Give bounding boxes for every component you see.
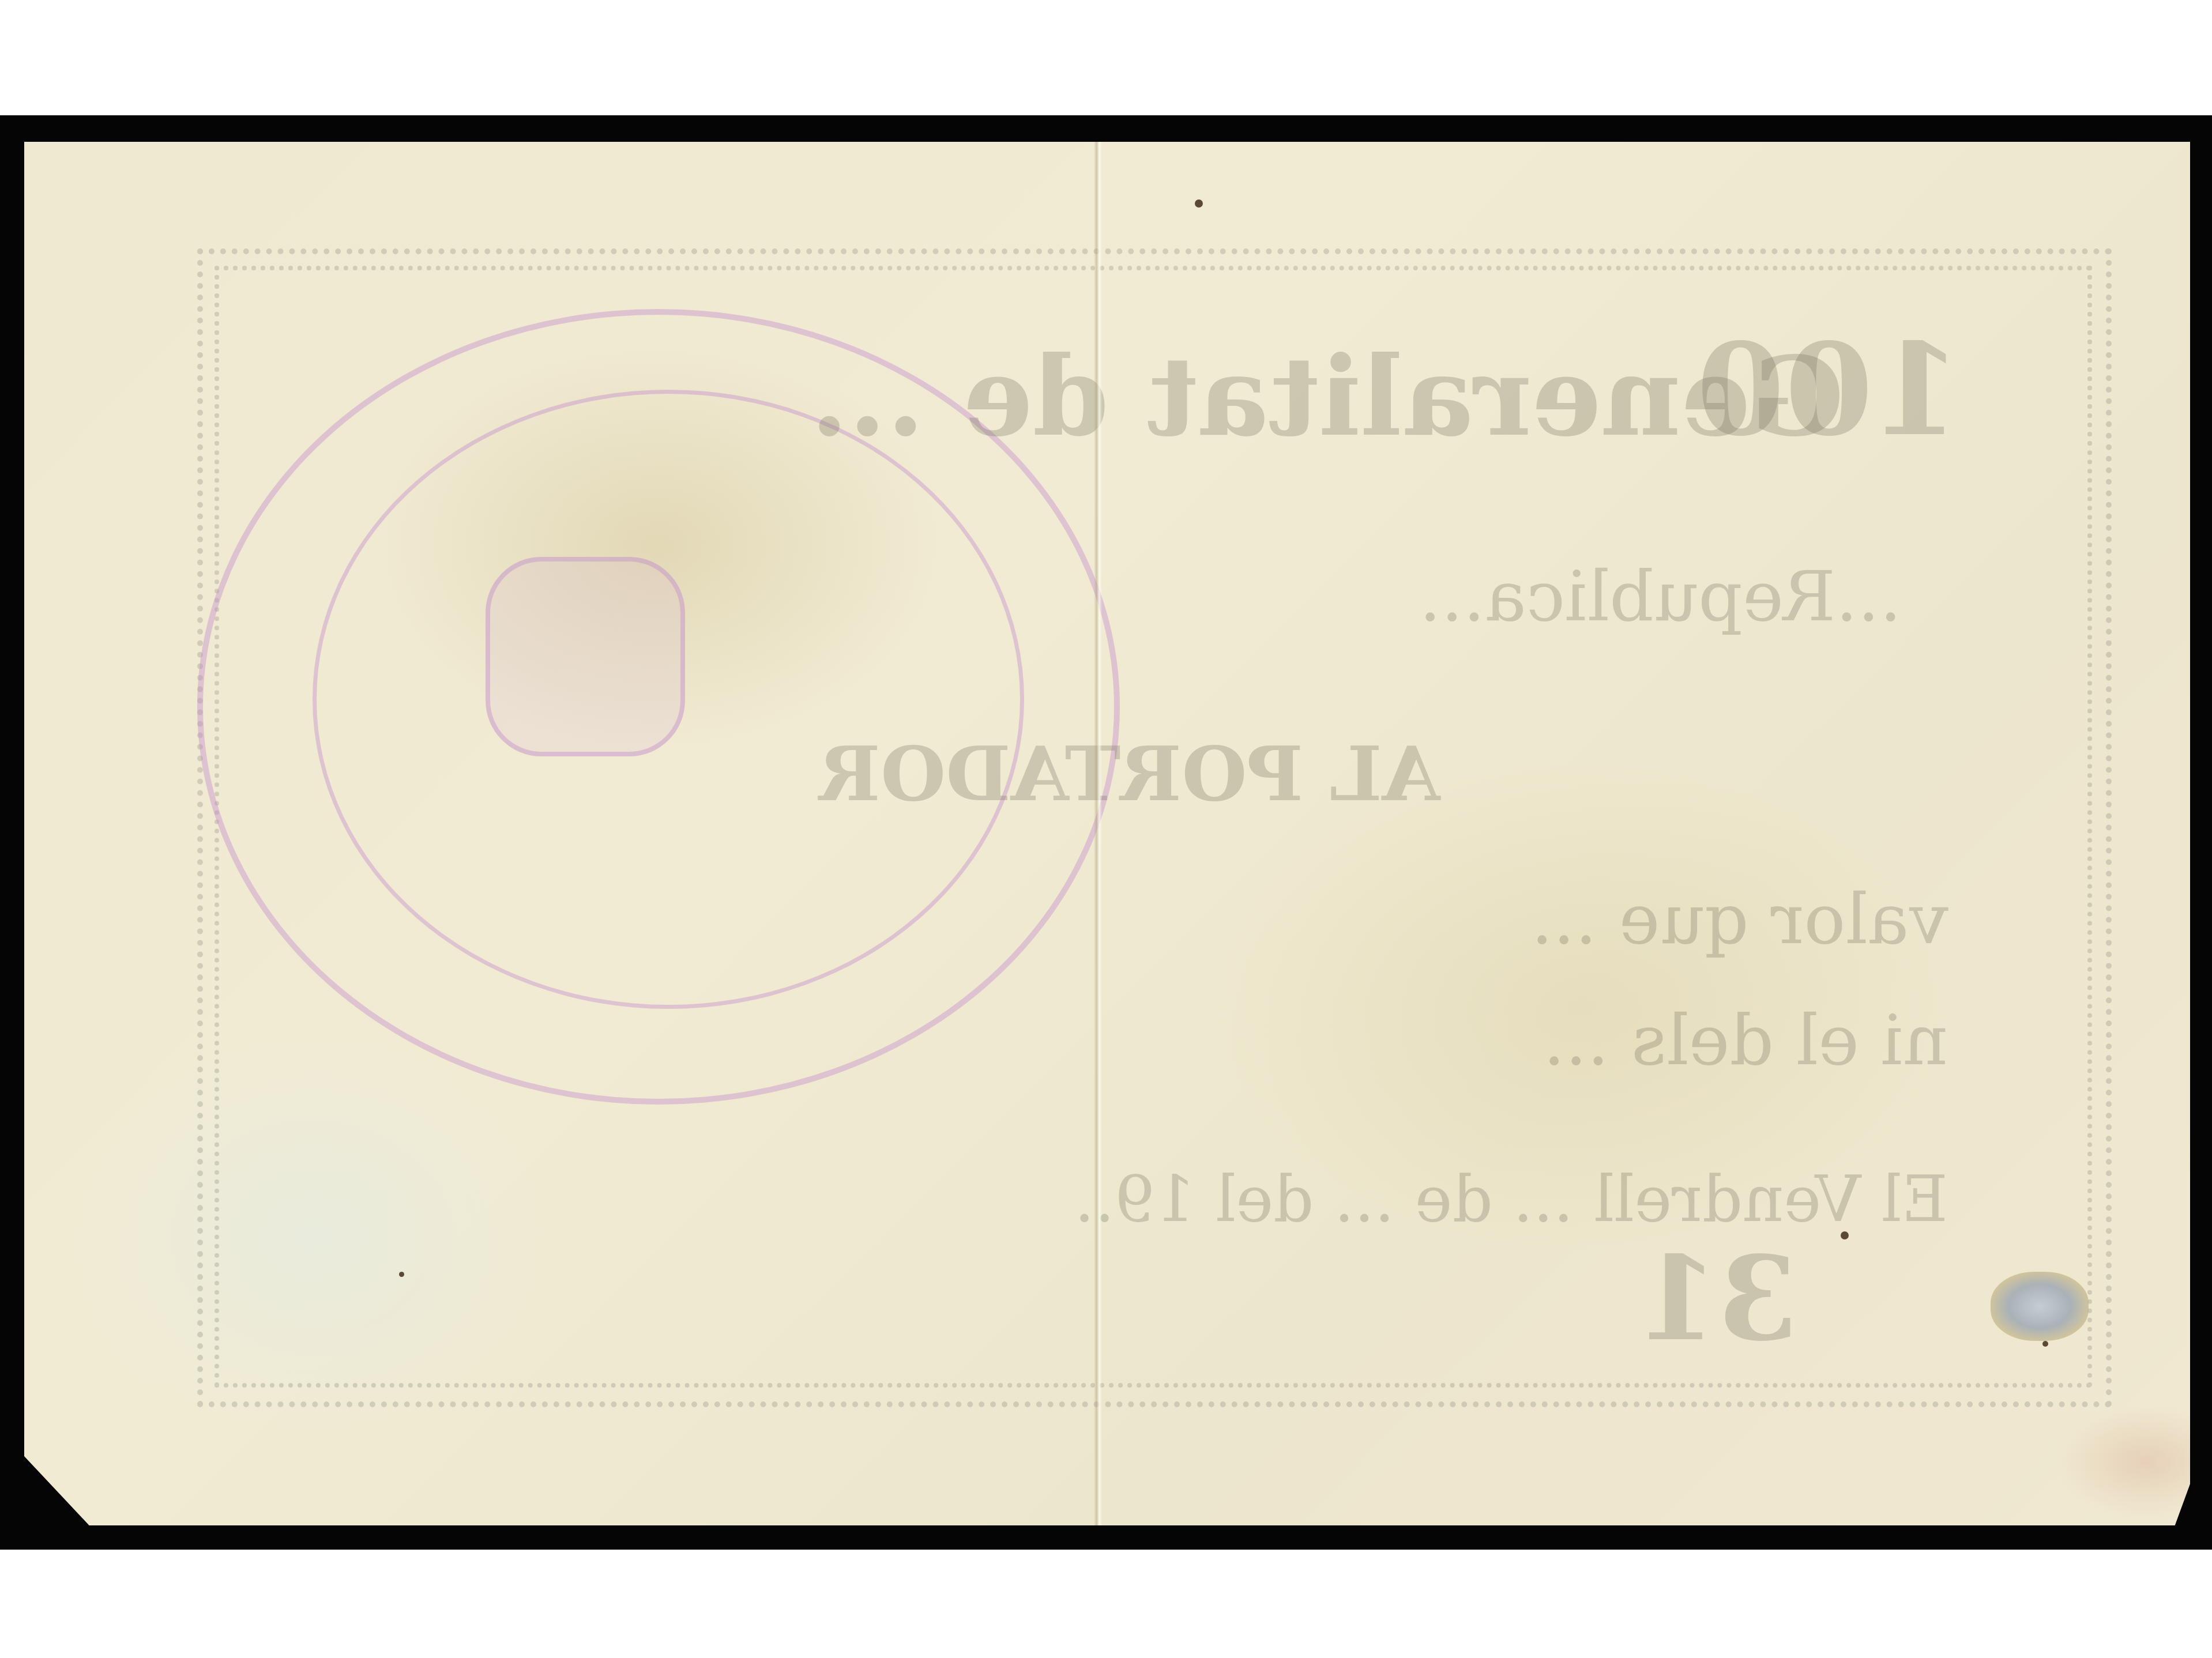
damage-spot	[1991, 1272, 2089, 1341]
showthrough-line-7: 31	[1638, 1231, 1798, 1367]
showthrough-line-5: ni el dels ...	[1543, 1001, 1948, 1081]
showthrough-line-1: Generalitat de ...	[810, 332, 1844, 461]
showthrough-line-2: ...Republica...	[1419, 557, 1902, 637]
showthrough-line-4: valor que ...	[1531, 880, 1948, 960]
showthrough-line-6: El Vendrell ... de ... del 19..	[1074, 1162, 1948, 1236]
note-paper: 100 Generalitat de ... ...Republica... A…	[24, 142, 2190, 1525]
showthrough-line-3: AL PORTADOR	[818, 730, 1440, 818]
fold-crease	[1094, 142, 1102, 1525]
stamp-emblem-icon	[486, 557, 685, 756]
